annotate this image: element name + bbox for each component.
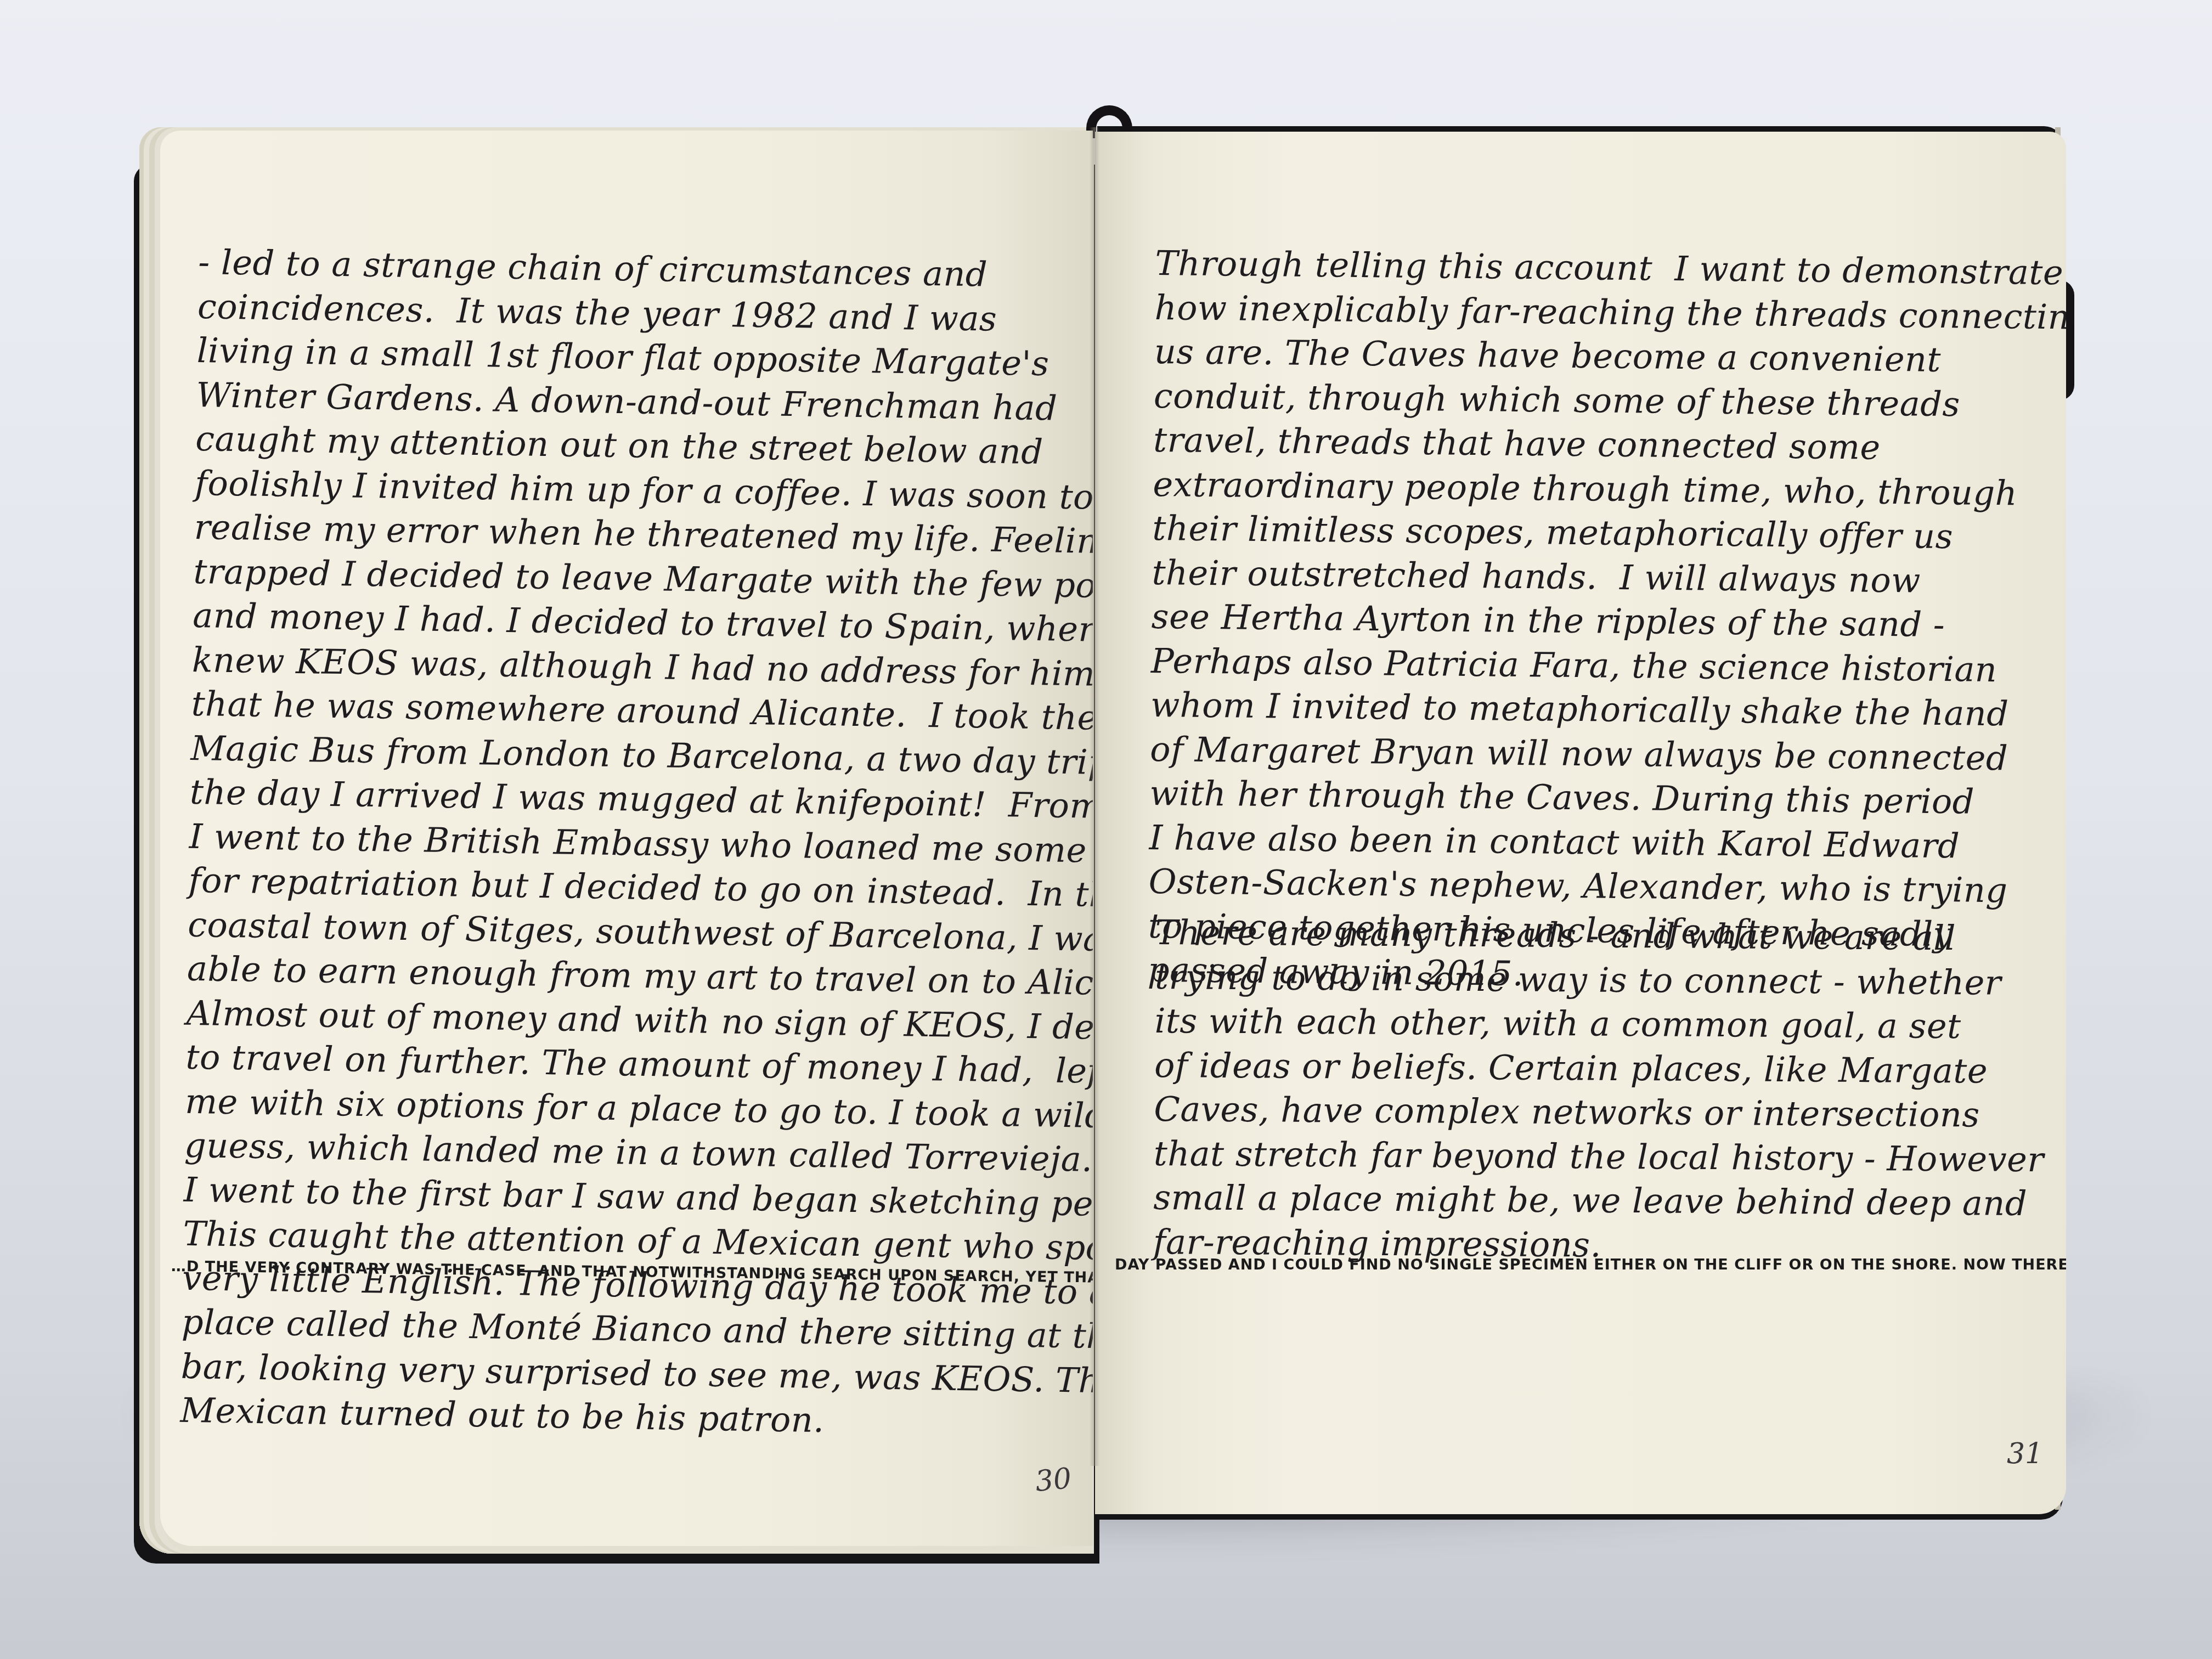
right-page-footer-line: DAY PASSED AND I COULD FIND NO SINGLE SP… bbox=[1115, 1256, 2066, 1273]
handwritten-line: that stretch far beyond the local histor… bbox=[1154, 1131, 2044, 1182]
right-page-paragraph-2: There are many threads - and what we are… bbox=[1153, 911, 2046, 1270]
page-number-right: 31 bbox=[2007, 1437, 2043, 1470]
handwritten-line: trying to do in some way is to connect -… bbox=[1155, 955, 2045, 1005]
right-page-paragraph-1: Through telling this account I want to d… bbox=[1148, 241, 2066, 1002]
handwritten-line: of ideas or beliefs. Certain places, lik… bbox=[1154, 1043, 2045, 1093]
page-number-left: 30 bbox=[1034, 1462, 1073, 1499]
handwritten-line: its with each other, with a common goal,… bbox=[1154, 999, 2045, 1049]
handwritten-line: small a place might be, we leave behind … bbox=[1153, 1176, 2044, 1226]
right-page: Through telling this account I want to d… bbox=[1095, 132, 2066, 1514]
handwritten-line: Caves, have complex networks or intersec… bbox=[1154, 1087, 2044, 1138]
left-page: - led to a strange chain of circumstance… bbox=[160, 131, 1093, 1546]
handwritten-line: There are many threads - and what we are… bbox=[1155, 911, 2045, 961]
book-gutter bbox=[1090, 127, 1099, 1466]
